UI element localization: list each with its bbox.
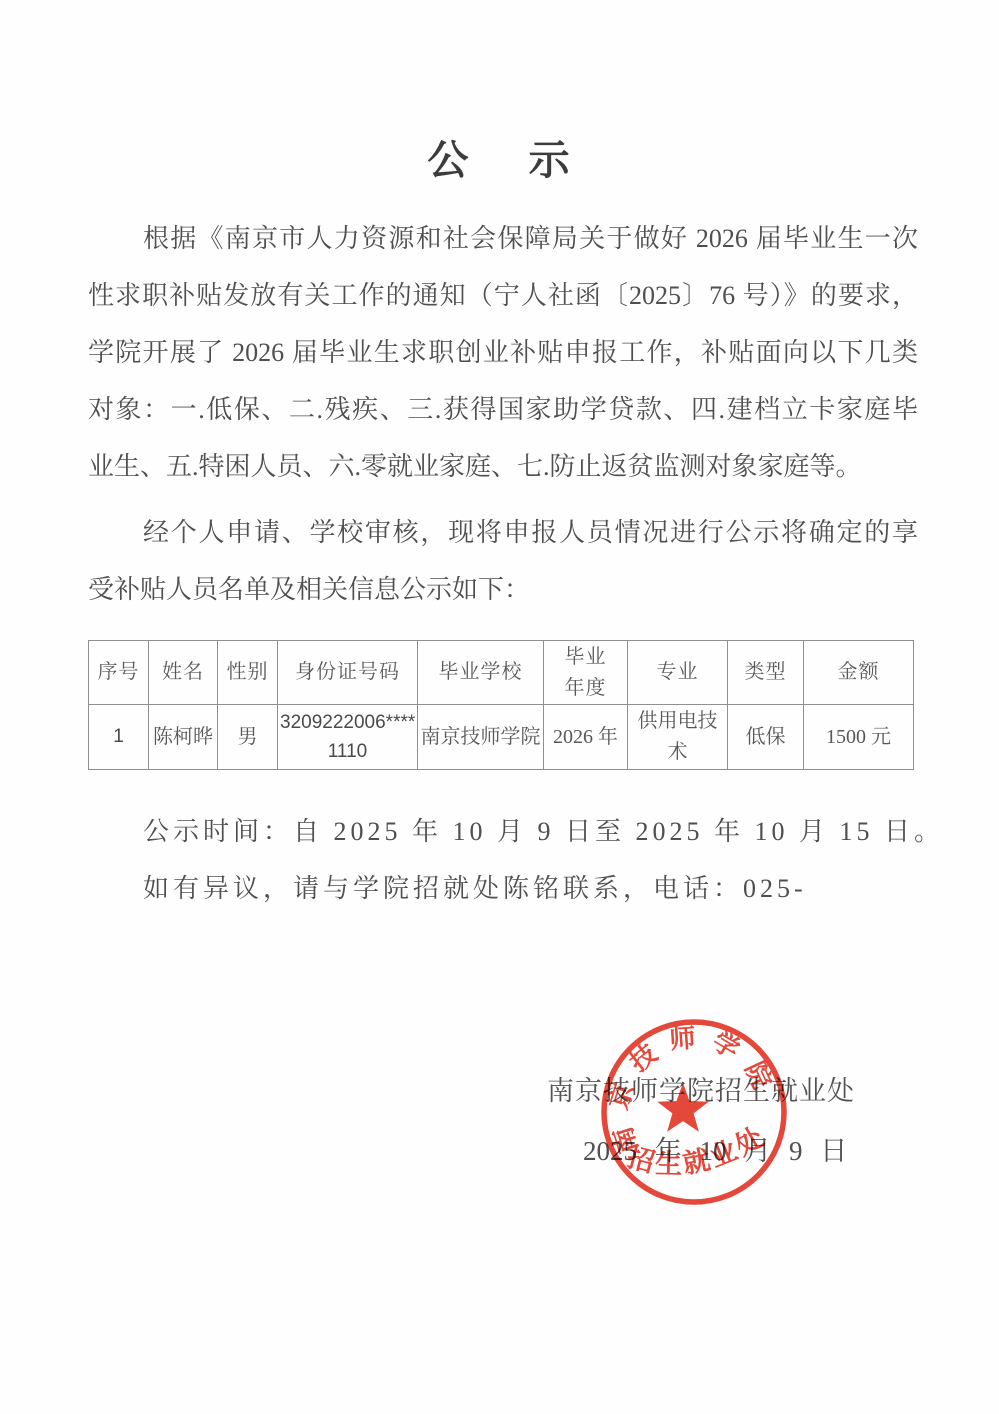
contact-line: 如有异议，请与学院招就处陈铭联系，电话：025-85796603。 <box>88 860 948 917</box>
cell-name: 陈柯晔 <box>149 705 218 770</box>
col-header-index: 序号 <box>89 641 149 705</box>
paragraph-1: 根据《南京市人力资源和社会保障局关于做好 2026 届毕业生一次 性求职补贴发放… <box>88 210 918 495</box>
col-header-amount: 金额 <box>804 641 914 705</box>
subsidy-recipients-table: 序号 姓名 性别 身份证号码 毕业学校 毕业 年度 专业 类型 金额 1 陈柯晔… <box>88 640 914 770</box>
paragraph-line: 经个人申请、学校审核，现将申报人员情况进行公示将确定的享 <box>88 504 918 561</box>
table-row: 1 陈柯晔 男 3209222006**** 1110 南京技师学院 2026 … <box>89 705 914 770</box>
cell-index: 1 <box>89 705 149 770</box>
col-header-type: 类型 <box>728 641 804 705</box>
col-header-name: 姓名 <box>149 641 218 705</box>
paragraph-line: 学院开展了 2026 届毕业生求职创业补贴申报工作，补贴面向以下几类 <box>88 324 918 381</box>
col-header-gender: 性别 <box>218 641 278 705</box>
col-header-school: 毕业学校 <box>418 641 544 705</box>
official-stamp: 南京技师学院 招生就业处 <box>594 1012 794 1212</box>
table-header-row: 序号 姓名 性别 身份证号码 毕业学校 毕业 年度 专业 类型 金额 <box>89 641 914 705</box>
cell-major: 供用电技术 <box>628 705 728 770</box>
cell-type: 低保 <box>728 705 804 770</box>
paragraph-line: 对象：一.低保、二.残疾、三.获得国家助学贷款、四.建档立卡家庭毕 <box>88 381 918 438</box>
red-star-icon <box>657 1083 708 1132</box>
cell-amount: 1500 元 <box>804 705 914 770</box>
cell-id-number: 3209222006**** 1110 <box>278 705 418 770</box>
page-title: 公 示 <box>0 130 999 190</box>
cell-grad-year: 2026 年 <box>544 705 628 770</box>
col-header-major: 专业 <box>628 641 728 705</box>
col-header-id-number: 身份证号码 <box>278 641 418 705</box>
cell-school: 南京技师学院 <box>418 705 544 770</box>
paragraph-line: 业生、五.特困人员、六.零就业家庭、七.防止返贫监测对象家庭等。 <box>88 438 918 495</box>
paragraph-line: 性求职补贴发放有关工作的通知（宁人社函〔2025〕76 号）》的要求， <box>88 267 918 324</box>
col-header-grad-year: 毕业 年度 <box>544 641 628 705</box>
cell-gender: 男 <box>218 705 278 770</box>
paragraph-line: 根据《南京市人力资源和社会保障局关于做好 2026 届毕业生一次 <box>88 210 918 267</box>
footer-notes: 公示时间：自 2025 年 10 月 9 日至 2025 年 10 月 15 日… <box>88 803 948 917</box>
announcement-document: 公 示 根据《南京市人力资源和社会保障局关于做好 2026 届毕业生一次 性求职… <box>0 0 999 1414</box>
paragraph-line: 受补贴人员名单及相关信息公示如下： <box>88 561 918 618</box>
paragraph-2: 经个人申请、学校审核，现将申报人员情况进行公示将确定的享 受补贴人员名单及相关信… <box>88 504 918 618</box>
publicity-period-line: 公示时间：自 2025 年 10 月 9 日至 2025 年 10 月 15 日… <box>88 803 948 860</box>
